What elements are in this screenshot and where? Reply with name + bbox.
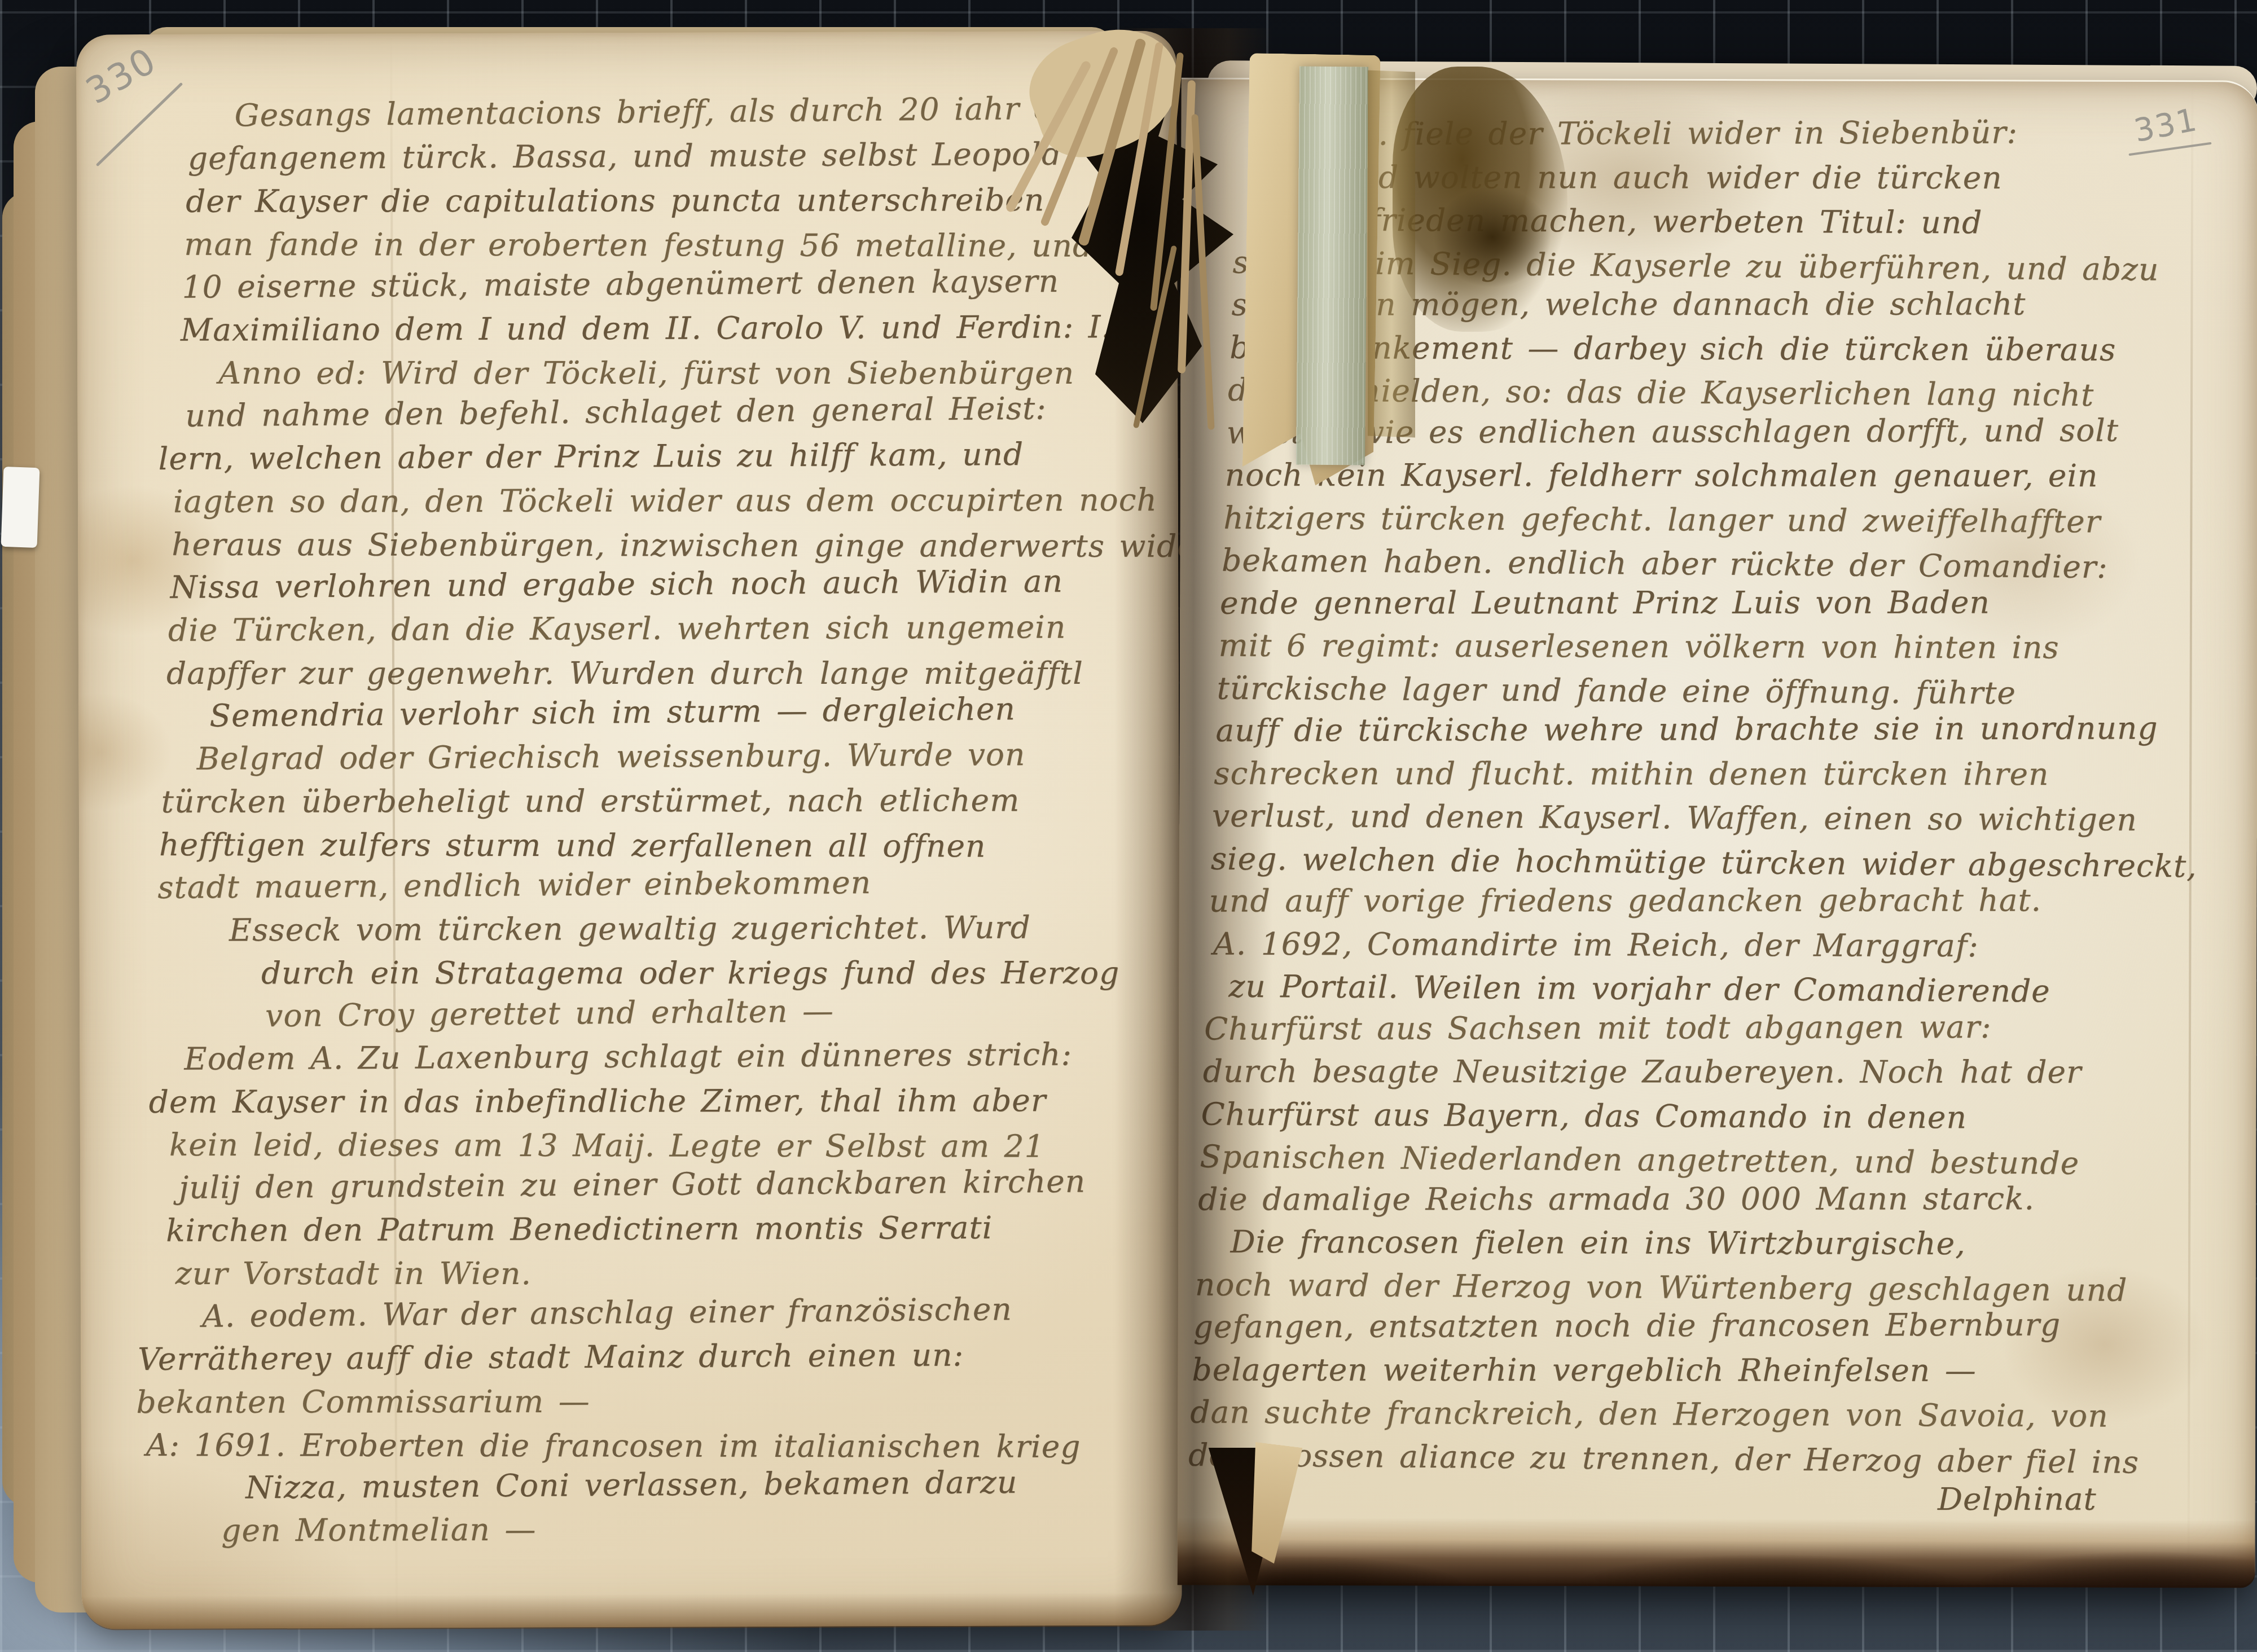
manuscript-line: und nahme den befehl. schlaget den gener…: [185, 390, 1047, 433]
manuscript-line: verlust, und denen Kayserl. Waffen, eine…: [1212, 798, 2137, 838]
manuscript-line: belagerten weiterhin vergeblich Rheinfel…: [1192, 1351, 1976, 1388]
manuscript-line: A: 1691. Eroberten die francosen im ital…: [146, 1427, 1081, 1465]
manuscript-line: stadt mauern, endlich wider einbekommen: [157, 864, 871, 906]
manuscript-line: Churfürst aus Bayern, das Comando in den…: [1201, 1096, 1968, 1135]
manuscript-line: bekanten Commissarium —: [136, 1383, 590, 1420]
manuscript-line: türckische lager und fande eine öffnung.…: [1217, 670, 2017, 711]
manuscript-line: auff die türckische wehre und brachte si…: [1215, 710, 2158, 748]
manuscript-line: der Kayser die capitulations puncta unte…: [186, 182, 1044, 219]
manuscript-line: durch ein Stratagema oder kriegs fund de…: [261, 955, 1119, 991]
manuscript-line: mit 6 regimt: auserlesenen völkern von h…: [1219, 627, 2060, 666]
manuscript-line: sieg. welchen die hochmütige türcken wid…: [1210, 840, 2197, 884]
manuscript-photo: Gesangs lamentacions brieff, als durch 2…: [0, 0, 2257, 1652]
manuscript-line: Esseck vom türcken gewaltig zugerichtet.…: [229, 910, 1031, 948]
manuscript-line: heraus aus Siebenbürgen, inzwischen ging…: [172, 526, 1211, 564]
manuscript-line: zur Vorstadt in Wien.: [175, 1255, 532, 1291]
manuscript-line: lern, welchen aber der Prinz Luis zu hil…: [158, 436, 1024, 477]
stain-smear: [1467, 85, 1783, 271]
manuscript-line: man fande in der eroberten festung 56 me…: [184, 226, 1093, 264]
manuscript-line: dem Kayser in das inbefindliche Zimer, t…: [148, 1082, 1046, 1120]
manuscript-line: A. 1692, Comandirte im Reich, der Marggr…: [1213, 925, 1979, 964]
manuscript-line: Belgrad oder Griechisch weissenburg. Wur…: [196, 736, 1025, 777]
left-page-text: Gesangs lamentacions brieff, als durch 2…: [76, 31, 1182, 1629]
manuscript-line: zu Portail. Weilen im vorjahr der Comand…: [1228, 968, 2050, 1009]
manuscript-line: Verrätherey auff die stadt Mainz durch e…: [138, 1337, 964, 1377]
manuscript-line: Die francosen fielen ein ins Wirtzburgis…: [1230, 1224, 1965, 1262]
manuscript-line: schrecken und flucht. mithin denen türck…: [1214, 755, 2049, 792]
manuscript-line: julij den grundstein zu einer Gott danck…: [179, 1163, 1086, 1206]
manuscript-line: iagten so dan, den Töckeli wider aus dem…: [173, 482, 1157, 520]
manuscript-line: Spanischen Niederlanden angetretten, und…: [1200, 1139, 2079, 1181]
manuscript-line: ende genneral Leutnant Prinz Luis von Ba…: [1220, 584, 1990, 621]
manuscript-line: Maximiliano dem I und dem II. Carolo V. …: [181, 309, 1112, 348]
manuscript-line: die Türcken, dan die Kayserl. wehrten si…: [168, 609, 1066, 648]
manuscript-line: durch besagte Neusitzige Zaubereyen. Noc…: [1203, 1053, 2082, 1090]
manuscript-line: A. eodem. War der anschlag einer französ…: [202, 1291, 1012, 1334]
paper-tab: [1, 467, 40, 548]
repair-tape-fabric: [1296, 66, 1368, 465]
burnt-edge: [1178, 1517, 2255, 1588]
manuscript-line: dapffer zur gegenwehr. Wurden durch lang…: [166, 655, 1083, 691]
manuscript-line: dan suchte franckreich, den Herzogen von…: [1190, 1394, 2109, 1434]
manuscript-line: die damalige Reichs armada 30 000 Mann s…: [1198, 1180, 2035, 1217]
manuscript-line: gefangenem türck. Bassa, und muste selbs…: [187, 136, 1061, 177]
left-page: Gesangs lamentacions brieff, als durch 2…: [76, 31, 1182, 1629]
manuscript-line: und auff vorige friedens gedancken gebra…: [1209, 882, 2041, 919]
manuscript-line: hitzigers türcken gefecht. langer und zw…: [1223, 499, 2101, 539]
manuscript-line: Nissa verlohren und ergabe sich noch auc…: [170, 563, 1063, 605]
manuscript-line: kein leid, dieses am 13 Maij. Legte er S…: [169, 1127, 1045, 1165]
manuscript-line: Semendria verlohr sich im sturm — dergle…: [209, 691, 1016, 733]
manuscript-line: noch ward der Herzog von Würtenberg gesc…: [1195, 1266, 2127, 1308]
manuscript-line: hefftigen zulfers sturm und zerfallenen …: [159, 827, 986, 864]
manuscript-line: bekamen haben. endlich aber rückte der C…: [1222, 542, 2108, 585]
manuscript-line: von Croy gerettet und erhalten —: [265, 992, 833, 1034]
adhesive-stain: [1368, 71, 1415, 438]
manuscript-line: kirchen den Patrum Benedictinern montis …: [166, 1210, 993, 1249]
manuscript-line: Gesangs lamentacions brieff, als durch 2…: [234, 90, 1103, 133]
manuscript-line: Delphinat: [1938, 1481, 2097, 1517]
manuscript-line: 10 eiserne stück, maiste abgenümert dene…: [182, 263, 1060, 305]
manuscript-line: der grossen aliance zu trennen, der Herz…: [1188, 1436, 2139, 1480]
manuscript-line: Churfürst aus Sachsen mit todt abgangen …: [1204, 1008, 1992, 1047]
manuscript-line: Anno ed: Wird der Töckeli, fürst von Sie…: [218, 355, 1074, 391]
manuscript-line: Eodem A. Zu Laxenburg schlagt ein dünner…: [184, 1036, 1072, 1077]
manuscript-line: gen Montmelian —: [221, 1512, 536, 1549]
manuscript-line: Nizza, musten Coni verlassen, bekamen da…: [245, 1464, 1018, 1506]
manuscript-line: gefangen, entsatzten noch die francosen …: [1193, 1307, 2061, 1345]
manuscript-line: türcken überbeheligt und erstürmet, nach…: [161, 782, 1020, 820]
